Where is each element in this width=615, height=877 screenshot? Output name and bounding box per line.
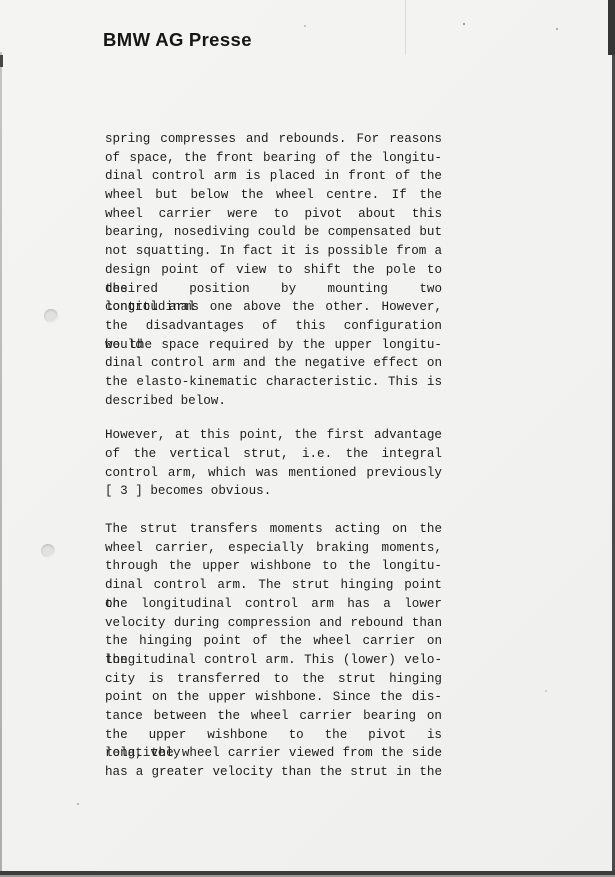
scanned-page: BMW AGPresse spring compresses and rebou… [0,0,615,877]
text-line: city is transferred to the strut hinging [105,670,442,689]
scan-artifact-line [405,0,406,55]
text-line: dinal control arm and the negative effec… [105,354,442,373]
punch-hole [41,544,55,558]
text-line: spring compresses and rebounds. For reas… [105,130,442,149]
text-line: of space, the front bearing of the longi… [105,149,442,168]
text-line: tance between the wheel carrier bearing … [105,707,442,726]
page-header: BMW AGPresse [103,29,252,51]
text-line: dinal control arm. The strut hinging poi… [105,576,442,595]
text-line: control arm, which was mentioned previou… [105,464,442,483]
scan-edge-left-mark [0,55,3,67]
text-line: the upper wishbone to the pivot is relat… [105,726,442,745]
text-line: wheel but below the wheel centre. If the [105,186,442,205]
paragraph: spring compresses and rebounds. For reas… [105,130,442,410]
scan-edge-right-top [608,0,615,55]
text-line: through the upper wishbone to the longit… [105,557,442,576]
text-line: However, at this point, the first advant… [105,426,442,445]
scan-speck [304,25,306,27]
text-line: the hinging point of the wheel carrier o… [105,632,442,651]
punch-hole [44,309,58,323]
text-line: [ 3 ] becomes obvious. [105,482,442,501]
text-line: has a greater velocity than the strut in… [105,763,442,782]
paragraph: However, at this point, the first advant… [105,426,442,501]
scan-edge-left [0,52,2,877]
scan-speck [77,803,79,805]
text-line: long, the wheel carrier viewed from the … [105,744,442,763]
brand-text: BMW AG [103,29,184,50]
scan-speck [545,690,547,692]
scan-speck [463,23,465,25]
text-line: design point of view to shift the pole t… [105,261,442,280]
text-line: bearing, nosediving could be compensated… [105,223,442,242]
text-line: described below. [105,392,442,411]
text-line: be the space required by the upper longi… [105,336,442,355]
text-line: wheel carrier, especially braking moment… [105,539,442,558]
text-line: the longitudinal control arm has a lower [105,595,442,614]
text-line: wheel carrier were to pivot about this [105,205,442,224]
text-line: of the vertical strut, i.e. the integral [105,445,442,464]
text-line: dinal control arm is placed in front of … [105,167,442,186]
document-text: spring compresses and rebounds. For reas… [105,130,442,782]
text-line: control arms one above the other. Howeve… [105,298,442,317]
paragraph: The strut transfers moments acting on th… [105,520,442,782]
text-line: The strut transfers moments acting on th… [105,520,442,539]
text-line: not squatting. In fact it is possible fr… [105,242,442,261]
text-line: velocity during compression and rebound … [105,614,442,633]
text-line: the elasto-kinematic characteristic. Thi… [105,373,442,392]
text-line: the disadvantages of this configuration … [105,317,442,336]
text-line: desired position by mounting two longitu… [105,280,442,299]
scan-speck [556,28,558,30]
text-line: longitudinal control arm. This (lower) v… [105,651,442,670]
text-line: point on the upper wishbone. Since the d… [105,688,442,707]
header-label: Presse [189,29,252,50]
